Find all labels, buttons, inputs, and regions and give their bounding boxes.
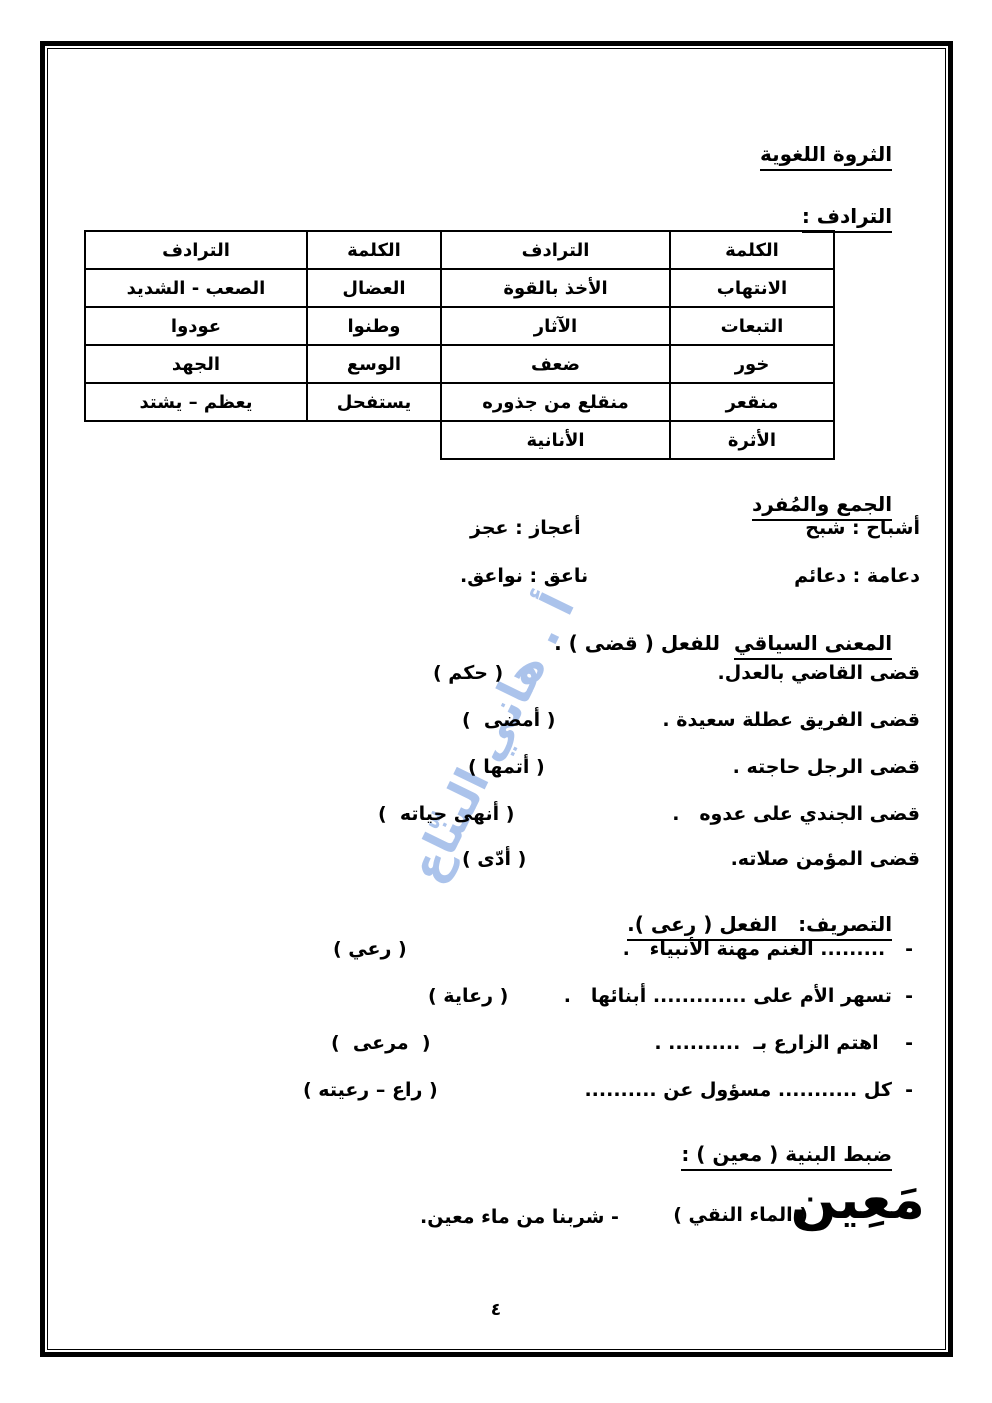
answer: ( راع – رعيته ): [303, 1075, 438, 1105]
structure-control-row: مَعِين ( الماء النقي ) - شربنا من ماء مع…: [0, 1170, 992, 1236]
meaning-item-row: قضى الرجل حاجته . ( أتمها ): [0, 752, 992, 784]
sentence: قضى الفريق عطلة سعيدة .: [662, 705, 920, 735]
answer: ( مرعى ): [331, 1028, 431, 1058]
empty-cell: [85, 421, 307, 459]
answer: ( أمضى ): [462, 705, 555, 735]
sentence: قضى الرجل حاجته .: [733, 752, 920, 782]
header-cell: الكلمة: [670, 231, 834, 269]
table-row: التبعات الآثار وطنوا عودوا: [85, 307, 834, 345]
answer: ( أدّى ): [462, 844, 526, 874]
sentence: قضى المؤمن صلاته.: [731, 844, 920, 874]
conjugation-item-row: - اهتم الزارع بـ .......... . ( مرعى ): [0, 1028, 992, 1060]
pair-right: أشباح : شبح: [805, 513, 920, 543]
answer: ( أتمها ): [468, 752, 545, 782]
meaning-item-row: قضى المؤمن صلاته. ( أدّى ): [0, 844, 992, 876]
sentence: قضى القاضي بالعدل.: [718, 658, 920, 688]
meaning-item-row: قضى الجندي على عدوه . ( أنهى حياته ): [0, 799, 992, 831]
table-extra-row: الأثرة الأنانية: [85, 421, 834, 459]
conjugation-item-row: - تسهر الأم على ............. أبنائها . …: [0, 981, 992, 1013]
meaning-item-row: قضى القاضي بالعدل. ( حكم ): [0, 658, 992, 690]
sentence: - كل ........... مسؤول عن ..........: [584, 1075, 913, 1105]
header-cell: الكلمة: [307, 231, 441, 269]
header-cell: الترادف: [441, 231, 670, 269]
pair-right: دعامة : دعائم: [794, 561, 920, 591]
sentence: - ......... الغنم مهنة الأنبياء .: [623, 934, 913, 964]
table-row: منقعر منقلع من جذوره يستفحل يعظم – يشتد: [85, 383, 834, 421]
conjugation-item-row: - كل ........... مسؤول عن .......... ( ر…: [0, 1075, 992, 1107]
sentence: - تسهر الأم على ............. أبنائها .: [564, 981, 913, 1011]
answer: ( رعي ): [333, 934, 407, 964]
answer: ( أنهى حياته ): [378, 799, 514, 829]
header-cell: الترادف: [85, 231, 307, 269]
plural-pair-row: دعامة : دعائم ناعق : نواعق.: [0, 561, 992, 593]
pair-left: ناعق : نواعق.: [460, 561, 588, 591]
conjugation-item-row: - ......... الغنم مهنة الأنبياء . ( رعي …: [0, 934, 992, 966]
vocalized-word: مَعِين: [790, 1170, 925, 1230]
worksheet-content: الثروة اللغوية الترادف : الكلمة الترادف …: [0, 0, 992, 1403]
plural-pair-row: أشباح : شبح أعجاز : عجز: [0, 513, 992, 545]
meaning-item-row: قضى الفريق عطلة سعيدة . ( أمضى ): [0, 705, 992, 737]
page-number: ٤: [0, 1300, 992, 1320]
table-row: الانتهاب الأخذ بالقوة العضال الصعب - الش…: [85, 269, 834, 307]
table-header-row: الكلمة الترادف الكلمة الترادف: [85, 231, 834, 269]
table-row: خور ضعف الوسع الجهد: [85, 345, 834, 383]
sentence: قضى الجندي على عدوه .: [672, 799, 920, 829]
example-sentence: - شربنا من ماء معين.: [420, 1202, 619, 1232]
pair-left: أعجاز : عجز: [470, 513, 581, 543]
empty-cell: [307, 421, 441, 459]
answer: ( رعاية ): [428, 981, 508, 1011]
sentence: - اهتم الزارع بـ .......... .: [654, 1028, 913, 1058]
synonyms-table: الكلمة الترادف الكلمة الترادف الانتهاب ا…: [84, 230, 835, 460]
answer: ( حكم ): [433, 658, 503, 688]
word-gloss: ( الماء النقي ): [673, 1200, 808, 1230]
